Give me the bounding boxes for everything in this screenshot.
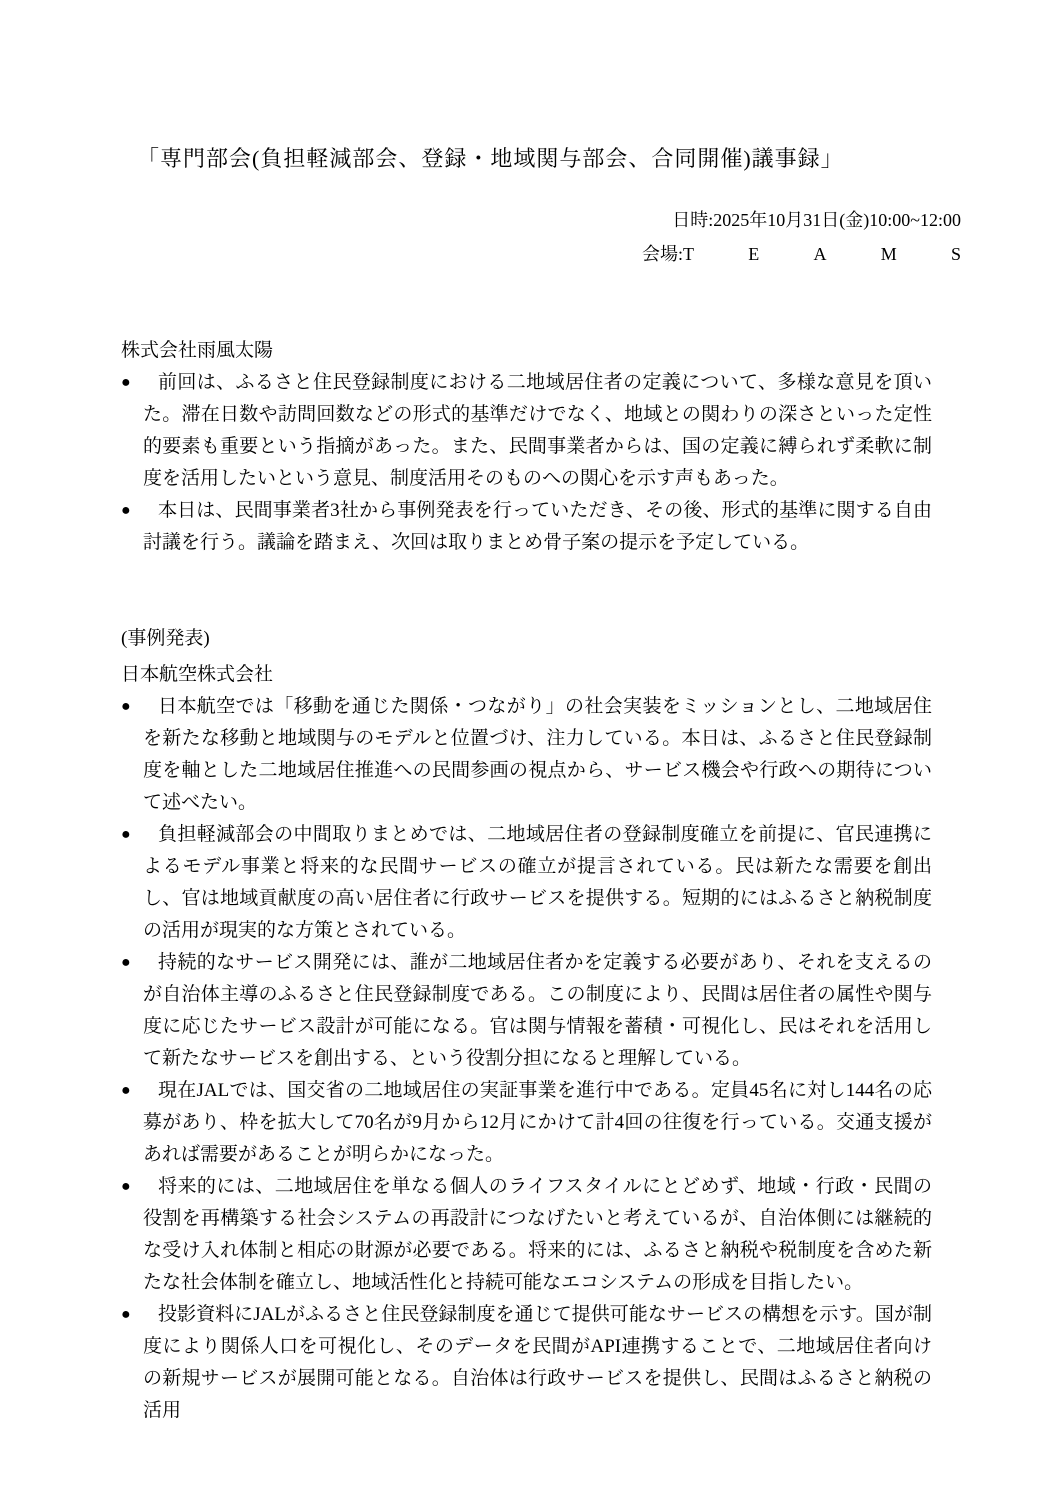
bullet-icon: ● (121, 1299, 131, 1331)
bullet-item: ● 持続的なサービス開発には、誰が二地域居住者かを定義する必要があり、それを支え… (121, 947, 932, 1075)
meta-venue-value: TEAMS (683, 237, 961, 271)
bullet-item: ● 本日は、民間事業者3社から事例発表を行っていただき、その後、形式的基準に関す… (121, 495, 932, 559)
section-preheading: (事例発表) (121, 623, 932, 655)
venue-letter: S (951, 237, 961, 271)
venue-letter: T (683, 237, 694, 271)
bullet-item: ● 日本航空では「移動を通じた関係・つながり」の社会実装をミッションとし、二地域… (121, 691, 932, 819)
section-divider-space (121, 559, 932, 623)
bullet-item: ● 投影資料にJALがふるさと住民登録制度を通じて提供可能なサービスの構想を示す… (121, 1299, 932, 1427)
bullet-icon: ● (121, 1075, 131, 1107)
bullet-item: ● 負担軽減部会の中間取りまとめでは、二地域居住者の登録制度確立を前提に、官民連… (121, 819, 932, 947)
venue-letter: E (748, 237, 759, 271)
bullet-icon: ● (121, 691, 131, 723)
bullet-icon: ● (121, 495, 131, 527)
bullet-text: 前回は、ふるさと住民登録制度における二地域居住者の定義について、多様な意見を頂い… (143, 372, 932, 489)
bullet-item: ● 現在JALでは、国交省の二地域居住の実証事業を進行中である。定員45名に対し… (121, 1075, 932, 1171)
bullet-text: 持続的なサービス開発には、誰が二地域居住者かを定義する必要があり、それを支えるの… (143, 952, 932, 1069)
document-body: 株式会社雨風太陽 ● 前回は、ふるさと住民登録制度における二地域居住者の定義につ… (0, 271, 1058, 1427)
venue-letter: A (813, 237, 826, 271)
section-amekaze-taiyo: 株式会社雨風太陽 ● 前回は、ふるさと住民登録制度における二地域居住者の定義につ… (121, 335, 932, 559)
section-heading: 株式会社雨風太陽 (121, 335, 932, 367)
section-case-presentation: (事例発表) 日本航空株式会社 ● 日本航空では「移動を通じた関係・つながり」の… (121, 623, 932, 1427)
document-title: 「専門部会(負担軽減部会、登録・地域関与部会、合同開催)議事録」 (0, 0, 1058, 175)
section-heading: 日本航空株式会社 (121, 659, 932, 691)
bullet-text: 負担軽減部会の中間取りまとめでは、二地域居住者の登録制度確立を前提に、官民連携に… (143, 824, 932, 941)
meta-venue-label: 会場: (642, 244, 683, 264)
bullet-icon: ● (121, 947, 131, 979)
bullet-text: 本日は、民間事業者3社から事例発表を行っていただき、その後、形式的基準に関する自… (143, 500, 932, 553)
bullet-text: 日本航空では「移動を通じた関係・つながり」の社会実装をミッションとし、二地域居住… (143, 696, 932, 813)
meta-datetime: 日時:2025年10月31日(金)10:00~12:00 (0, 203, 961, 237)
bullet-text: 投影資料にJALがふるさと住民登録制度を通じて提供可能なサービスの構想を示す。国… (143, 1304, 932, 1421)
bullet-item: ● 将来的には、二地域居住を単なる個人のライフスタイルにとどめず、地域・行政・民… (121, 1171, 932, 1299)
meta-block: 日時:2025年10月31日(金)10:00~12:00 会場:TEAMS (0, 203, 1058, 271)
bullet-text: 現在JALでは、国交省の二地域居住の実証事業を進行中である。定員45名に対し14… (143, 1080, 932, 1165)
bullet-text: 将来的には、二地域居住を単なる個人のライフスタイルにとどめず、地域・行政・民間の… (143, 1176, 932, 1293)
bullet-item: ● 前回は、ふるさと住民登録制度における二地域居住者の定義について、多様な意見を… (121, 367, 932, 495)
bullet-icon: ● (121, 367, 131, 399)
bullet-icon: ● (121, 819, 131, 851)
meta-venue: 会場:TEAMS (0, 237, 961, 271)
venue-letter: M (881, 237, 897, 271)
bullet-icon: ● (121, 1171, 131, 1203)
document-page: 「専門部会(負担軽減部会、登録・地域関与部会、合同開催)議事録」 日時:2025… (0, 0, 1058, 1497)
